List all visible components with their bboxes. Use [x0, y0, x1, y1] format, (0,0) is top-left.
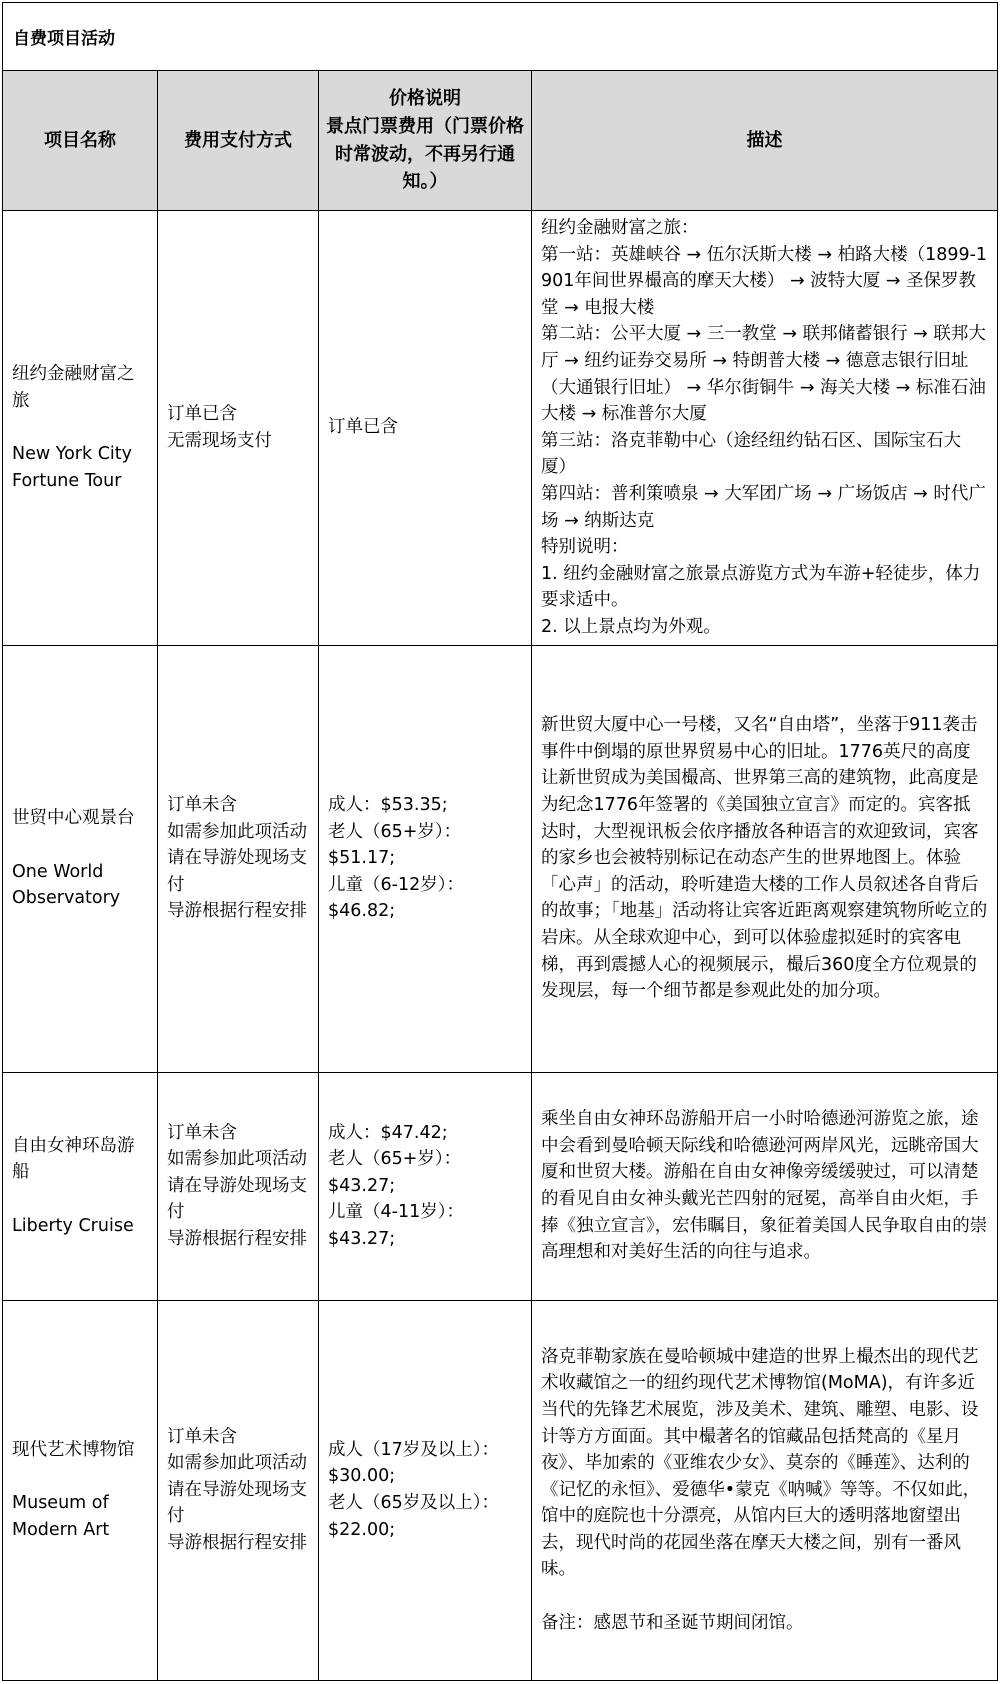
table-row: 自由女神环岛游船 Liberty Cruise 订单未含 如需参加此项活动 请在…	[3, 1072, 998, 1300]
page-title: 自费项目活动	[2, 2, 998, 70]
project-name-cell: 纽约金融财富之旅 New York City Fortune Tour	[3, 211, 158, 646]
description-cell: 乘坐自由女神环岛游船开启一小时哈德逊河游览之旅，途中会看到曼哈顿天际线和哈德逊河…	[532, 1072, 998, 1300]
project-name-en: Liberty Cruise	[12, 1213, 148, 1240]
payment-method-cell: 订单未含 如需参加此项活动 请在导游处现场支付 导游根据行程安排	[158, 645, 319, 1072]
price-cell: 成人：$47.42; 老人（65+岁）：$43.27; 儿童（4-11岁）：$4…	[319, 1072, 532, 1300]
project-name-en: New York City Fortune Tour	[12, 441, 148, 494]
description-cell: 新世贸大厦中心一号楼，又名“自由塔”，坐落于911袭击事件中倒塌的原世界贸易中心…	[532, 645, 998, 1072]
project-name-en: Museum of Modern Art	[12, 1490, 148, 1543]
col-header-project-name: 项目名称	[3, 71, 158, 211]
description-cell: 洛克菲勒家族在曼哈顿城中建造的世界上樶杰出的现代艺术收藏馆之一的纽约现代艺术博物…	[532, 1300, 998, 1680]
table-row: 现代艺术博物馆 Museum of Modern Art 订单未含 如需参加此项…	[3, 1300, 998, 1680]
price-cell: 订单已含	[319, 211, 532, 646]
project-name-cell: 世贸中心观景台 One World Observatory	[3, 645, 158, 1072]
project-name-cell: 自由女神环岛游船 Liberty Cruise	[3, 1072, 158, 1300]
project-name-zh: 自由女神环岛游船	[12, 1133, 148, 1186]
table-header-row: 项目名称 费用支付方式 价格说明 景点门票费用（门票价格时常波动，不再另行通知。…	[3, 71, 998, 211]
price-cell: 成人：$53.35; 老人（65+岁）：$51.17; 儿童（6-12岁）：$4…	[319, 645, 532, 1072]
project-name-zh: 世贸中心观景台	[12, 805, 148, 832]
table-row: 纽约金融财富之旅 New York City Fortune Tour 订单已含…	[3, 211, 998, 646]
col-header-description: 描述	[532, 71, 998, 211]
project-name-zh: 现代艺术博物馆	[12, 1437, 148, 1464]
project-name-en: One World Observatory	[12, 859, 148, 912]
payment-method-cell: 订单未含 如需参加此项活动 请在导游处现场支付 导游根据行程安排	[158, 1300, 319, 1680]
col-header-payment-method: 费用支付方式	[158, 71, 319, 211]
payment-method-cell: 订单已含 无需现场支付	[158, 211, 319, 646]
payment-method-cell: 订单未含 如需参加此项活动 请在导游处现场支付 导游根据行程安排	[158, 1072, 319, 1300]
document-sheet: 自费项目活动 项目名称 费用支付方式 价格说明 景点门票费用（门票价格时常波动，…	[0, 0, 1000, 1684]
col-header-price-note: 价格说明 景点门票费用（门票价格时常波动，不再另行通知。）	[319, 71, 532, 211]
table-row: 世贸中心观景台 One World Observatory 订单未含 如需参加此…	[3, 645, 998, 1072]
description-cell: 纽约金融财富之旅： 第一站：英雄峡谷 → 伍尔沃斯大楼 → 柏路大楼（1899-…	[532, 211, 998, 646]
price-cell: 成人（17岁及以上）： $30.00; 老人（65岁及以上）： $22.00;	[319, 1300, 532, 1680]
project-name-zh: 纽约金融财富之旅	[12, 361, 148, 414]
self-paid-activities-table: 项目名称 费用支付方式 价格说明 景点门票费用（门票价格时常波动，不再另行通知。…	[2, 70, 998, 1681]
project-name-cell: 现代艺术博物馆 Museum of Modern Art	[3, 1300, 158, 1680]
